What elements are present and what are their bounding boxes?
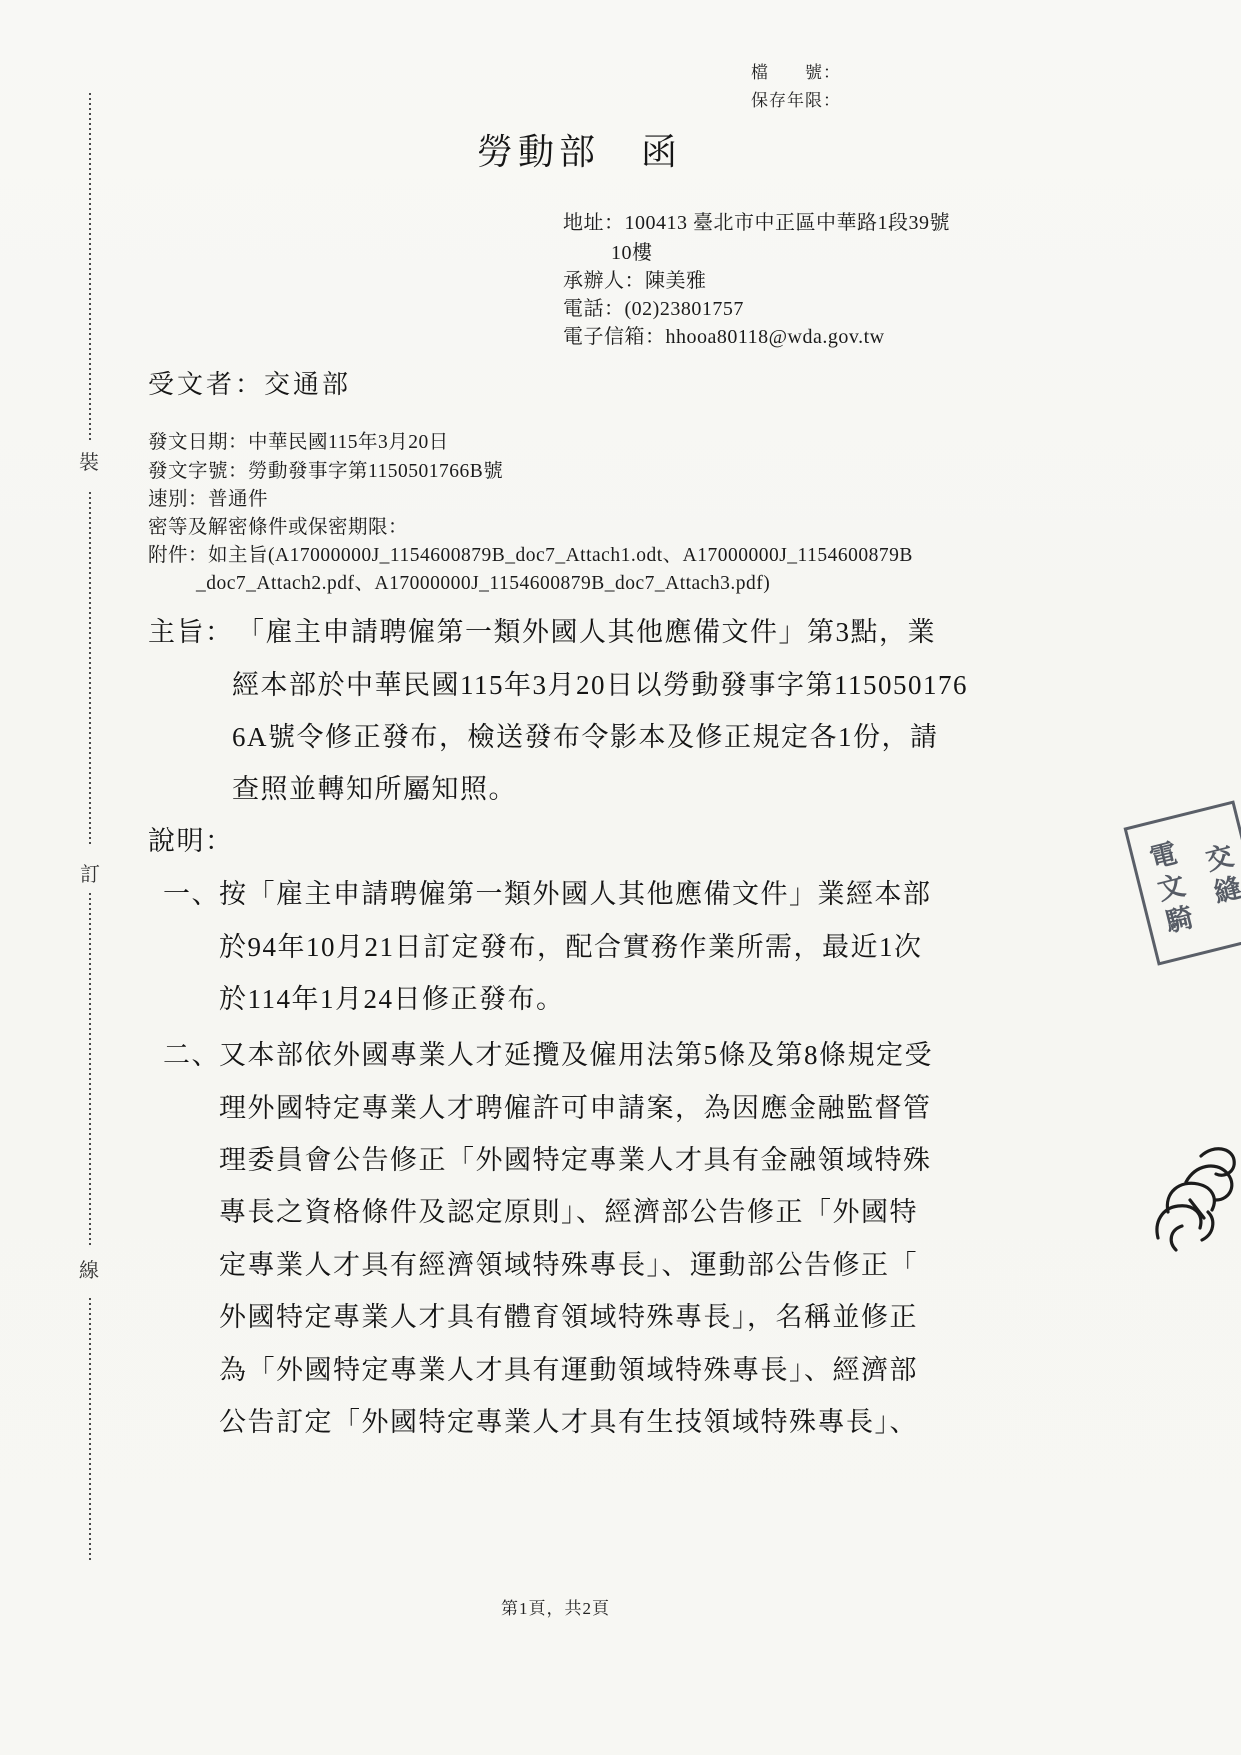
binding-mark-ding: 訂	[80, 858, 100, 887]
binding-dotted-line-segment	[89, 893, 91, 1247]
sender-email: 電子信箱：hhooa80118@wda.gov.tw	[563, 320, 885, 349]
explanation-line: 理委員會公告修正「外國特定專業人才具有金融領域特殊	[219, 1138, 932, 1177]
meta-attachment-line1: 附件：如主旨(A17000000J_1154600879B_doc7_Attac…	[148, 539, 913, 567]
sender-phone: 電話：(02)23801757	[563, 292, 744, 321]
binding-dotted-line-segment	[89, 93, 91, 443]
subject-label: 主旨：	[148, 610, 234, 649]
meta-security: 密等及解密條件或保密期限：	[148, 511, 408, 539]
explanation-line: 專長之資格條件及認定原則」、經濟部公告修正「外國特	[219, 1190, 918, 1229]
sender-address-line1: 地址：100413 臺北市中正區中華路1段39號	[563, 206, 950, 235]
cross-page-seal-stamp: 交縫 電文騎	[1124, 800, 1241, 965]
explanation-line: 公告訂定「外國特定專業人才具有生技領域特殊專長」、	[219, 1400, 918, 1439]
binding-mark-xian: 線	[79, 1254, 99, 1283]
meta-priority: 速別：普通件	[148, 483, 268, 511]
explanation-line: 於94年10月21日訂定發布，配合實務作業所需，最近1次	[219, 925, 923, 964]
explanation-line: 為「外國特定專業人才具有運動領域特殊專長」、經濟部	[219, 1348, 918, 1387]
sender-address-line2: 10樓	[611, 236, 653, 265]
explanation-line: 又本部依外國專業人才延攬及僱用法第5條及第8條規定受	[219, 1033, 933, 1072]
explanation-line: 於114年1月24日修正發布。	[219, 977, 565, 1016]
sender-contact: 承辦人：陳美雅	[563, 264, 707, 293]
meta-doc-number: 發文字號：勞動發事字第1150501766B號	[148, 455, 503, 483]
subject-line: 「雇主申請聘僱第一類外國人其他應備文件」第3點，業	[237, 610, 936, 649]
stamp-text-column: 電文騎	[1139, 837, 1201, 942]
explanation-item-number: 二、	[163, 1033, 220, 1072]
binding-mark-zhuang: 裝	[79, 446, 99, 475]
recipient-line: 受文者：交通部	[148, 364, 351, 401]
stamp-text-column: 交縫	[1195, 840, 1241, 913]
meta-issue-date: 發文日期：中華民國115年3月20日	[148, 426, 449, 454]
file-number-label: 檔 號：	[751, 58, 841, 83]
retention-period-label: 保存年限：	[751, 86, 841, 111]
page-footer: 第1頁，共2頁	[501, 1594, 610, 1619]
scribble-seal-mark	[1146, 1142, 1241, 1257]
meta-attachment-line2: _doc7_Attach2.pdf、A17000000J_1154600879B…	[196, 567, 770, 595]
document-page: 檔 號： 保存年限： 勞動部 函 地址：100413 臺北市中正區中華路1段39…	[0, 0, 1241, 1755]
binding-dotted-line-segment	[89, 492, 91, 847]
explanation-label: 說明：	[148, 819, 234, 858]
subject-line: 6A號令修正發布，檢送發布令影本及修正規定各1份，請	[232, 715, 939, 754]
explanation-line: 理外國特定專業人才聘僱許可申請案，為因應金融監督管	[219, 1086, 932, 1125]
explanation-line: 外國特定專業人才具有體育領域特殊專長」，名稱並修正	[219, 1295, 918, 1334]
explanation-item-number: 一、	[163, 872, 220, 911]
subject-line: 經本部於中華民國115年3月20日以勞動發事字第115050176	[232, 663, 968, 702]
document-title: 勞動部 函	[477, 124, 682, 175]
binding-dotted-line-segment	[89, 1298, 91, 1560]
explanation-line: 定專業人才具有經濟領域特殊專長」、運動部公告修正「	[219, 1243, 918, 1282]
explanation-line: 按「雇主申請聘僱第一類外國人其他應備文件」業經本部	[219, 872, 932, 911]
subject-line: 查照並轉知所屬知照。	[232, 767, 517, 806]
